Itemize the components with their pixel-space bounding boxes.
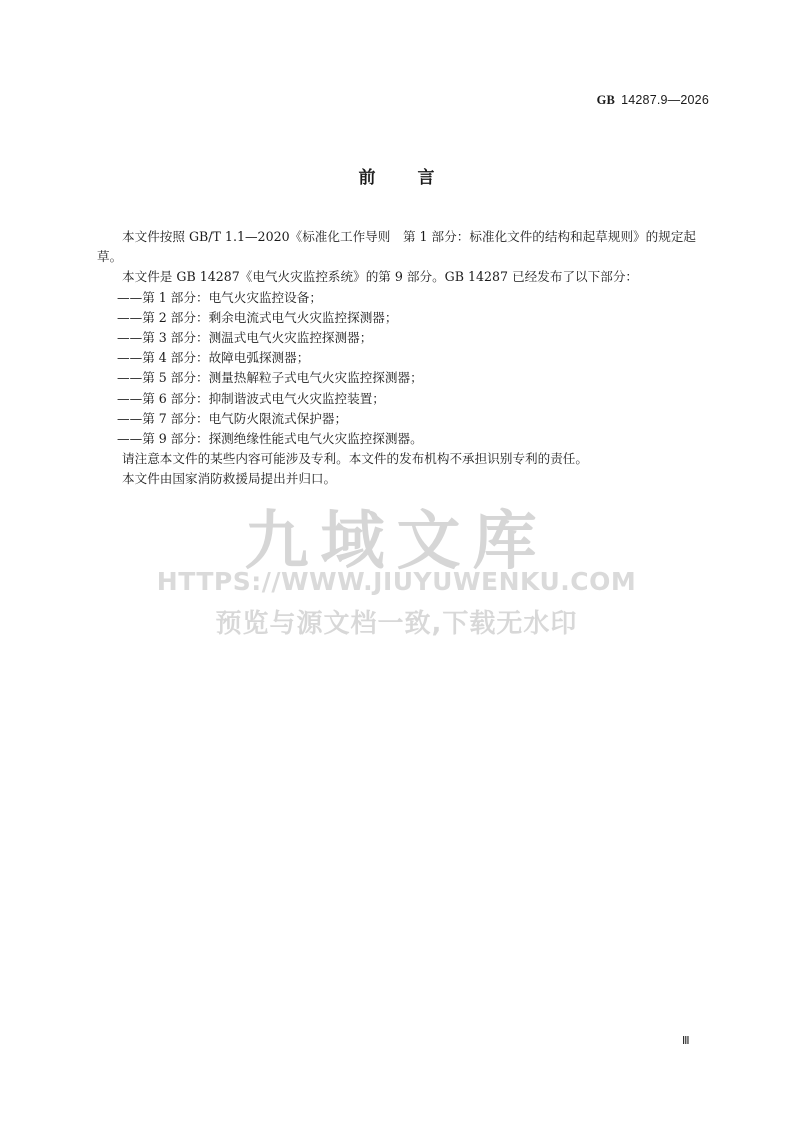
page-number: Ⅲ [682,1034,690,1047]
paragraph-proposer: 本文件由国家消防救援局提出并归口。 [97,469,712,489]
list-item-part-5: ——第 5 部分：测量热解粒子式电气火灾监控探测器； [97,368,712,388]
page-title: 前言 [0,163,793,188]
paragraph-drafting-rules: 本文件按照 GB/T 1.1—2020《标准化工作导则 第 1 部分：标准化文件… [97,227,712,267]
list-item-part-3: ——第 3 部分：测温式电气火灾监控探测器； [97,328,712,348]
paragraph-series-intro: 本文件是 GB 14287《电气火灾监控系统》的第 9 部分。GB 14287 … [97,267,712,287]
watermark-logo: 九域文库 [0,490,793,582]
foreword-body: 本文件按照 GB/T 1.1—2020《标准化工作导则 第 1 部分：标准化文件… [97,227,712,490]
standard-prefix: GB [597,93,615,107]
watermark-url: HTTPS://WWW.JIUYUWENKU.COM [0,567,793,596]
list-item-part-6: ——第 6 部分：抑制谐波式电气火灾监控装置； [97,389,712,409]
list-item-part-4: ——第 4 部分：故障电弧探测器； [97,348,712,368]
list-item-part-1: ——第 1 部分：电气火灾监控设备； [97,288,712,308]
standard-number: GB14287.9—2026 [597,93,709,108]
list-item-part-2: ——第 2 部分：剩余电流式电气火灾监控探测器； [97,308,712,328]
list-item-part-9: ——第 9 部分：探测绝缘性能式电气火灾监控探测器。 [97,429,712,449]
list-item-part-7: ——第 7 部分：电气防火限流式保护器； [97,409,712,429]
paragraph-patent-notice: 请注意本文件的某些内容可能涉及专利。本文件的发布机构不承担识别专利的责任。 [97,449,712,469]
watermark-subtitle: 预览与源文档一致,下载无水印 [0,603,793,640]
standard-code: 14287.9—2026 [621,93,709,107]
